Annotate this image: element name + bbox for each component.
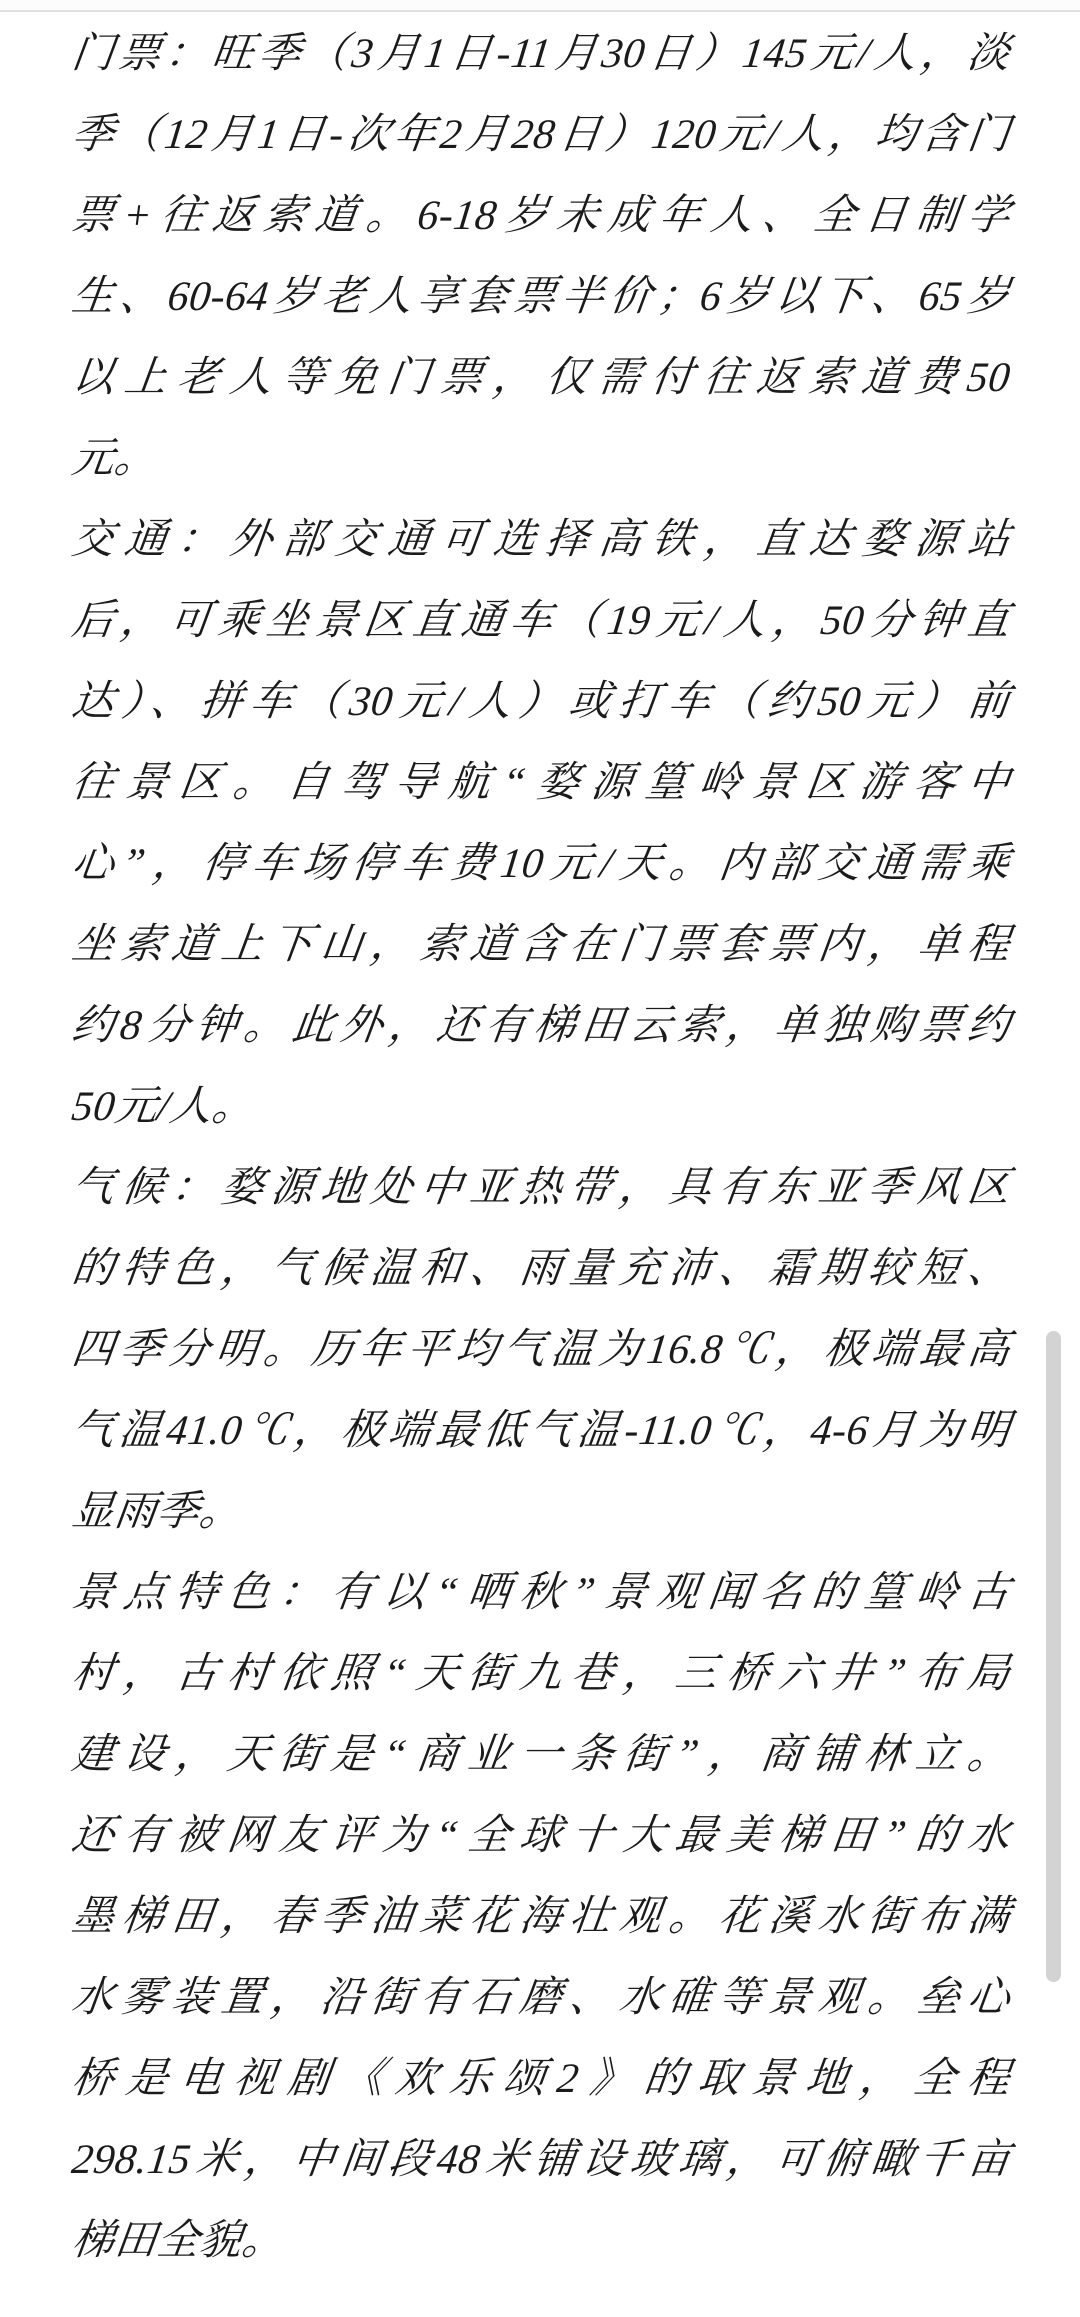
text-line: 的特色，气候温和、雨量充沛、霜期较短、 — [67, 1229, 1015, 1310]
text-line: 气候：婺源地处中亚热带，具有东亚季风区 — [67, 1148, 1015, 1229]
text-line: 元。 — [67, 419, 1015, 500]
text-line: 景点特色：有以“晒秋”景观闻名的篁岭古 — [67, 1553, 1015, 1634]
document-page: 门票：旺季（3月1日-11月30日）145元/人，淡季（12月1日-次年2月28… — [0, 0, 1080, 2317]
text-line: 四季分明。历年平均气温为16.8℃，极端最高 — [67, 1310, 1015, 1391]
document-content: 门票：旺季（3月1日-11月30日）145元/人，淡季（12月1日-次年2月28… — [72, 14, 1010, 2282]
text-line: 桥是电视剧《欢乐颂2》的取景地，全程 — [67, 2039, 1015, 2120]
text-line: 门票：旺季（3月1日-11月30日）145元/人，淡 — [67, 14, 1015, 95]
text-line: 季（12月1日-次年2月28日）120元/人，均含门 — [67, 95, 1015, 176]
text-line: 坐索道上下山，索道含在门票套票内，单程 — [67, 905, 1015, 986]
text-line: 水雾装置，沿街有石磨、水碓等景观。垒心 — [67, 1958, 1015, 2039]
text-line: 显雨季。 — [67, 1472, 1015, 1553]
text-line: 村，古村依照“天街九巷，三桥六井”布局 — [67, 1634, 1015, 1715]
top-divider-bar — [0, 0, 1080, 12]
text-line: 以上老人等免门票，仅需付往返索道费50 — [67, 338, 1015, 419]
text-line: 达）、拼车（30元/人）或打车（约50元）前 — [67, 662, 1015, 743]
text-line: 298.15米，中间段48米铺设玻璃，可俯瞰千亩 — [67, 2120, 1015, 2201]
text-line: 50元/人。 — [67, 1067, 1015, 1148]
text-line: 生、60-64岁老人享套票半价；6岁以下、65岁 — [67, 257, 1015, 338]
text-line: 梯田全貌。 — [67, 2201, 1015, 2282]
text-line: 心”，停车场停车费10元/天。内部交通需乘 — [67, 824, 1015, 905]
text-line: 约8分钟。此外，还有梯田云索，单独购票约 — [67, 986, 1015, 1067]
text-line: 后，可乘坐景区直通车（19元/人，50分钟直 — [67, 581, 1015, 662]
text-line: 气温41.0℃，极端最低气温-11.0℃，4-6月为明 — [67, 1391, 1015, 1472]
text-line: 建设，天街是“商业一条街”，商铺林立。 — [67, 1715, 1015, 1796]
paragraph-transport: 交通：外部交通可选择高铁，直达婺源站后，可乘坐景区直通车（19元/人，50分钟直… — [72, 500, 1010, 1148]
paragraph-climate: 气候：婺源地处中亚热带，具有东亚季风区的特色，气候温和、雨量充沛、霜期较短、四季… — [72, 1148, 1010, 1553]
paragraph-highlights: 景点特色：有以“晒秋”景观闻名的篁岭古村，古村依照“天街九巷，三桥六井”布局建设… — [72, 1553, 1010, 2282]
scrollbar-thumb[interactable] — [1046, 1331, 1061, 1982]
text-line: 还有被网友评为“全球十大最美梯田”的水 — [67, 1796, 1015, 1877]
text-line: 票+往返索道。6-18岁未成年人、全日制学 — [67, 176, 1015, 257]
text-line: 交通：外部交通可选择高铁，直达婺源站 — [67, 500, 1015, 581]
text-line: 往景区。自驾导航“婺源篁岭景区游客中 — [67, 743, 1015, 824]
text-line: 墨梯田，春季油菜花海壮观。花溪水街布满 — [67, 1877, 1015, 1958]
paragraph-tickets: 门票：旺季（3月1日-11月30日）145元/人，淡季（12月1日-次年2月28… — [72, 14, 1010, 500]
